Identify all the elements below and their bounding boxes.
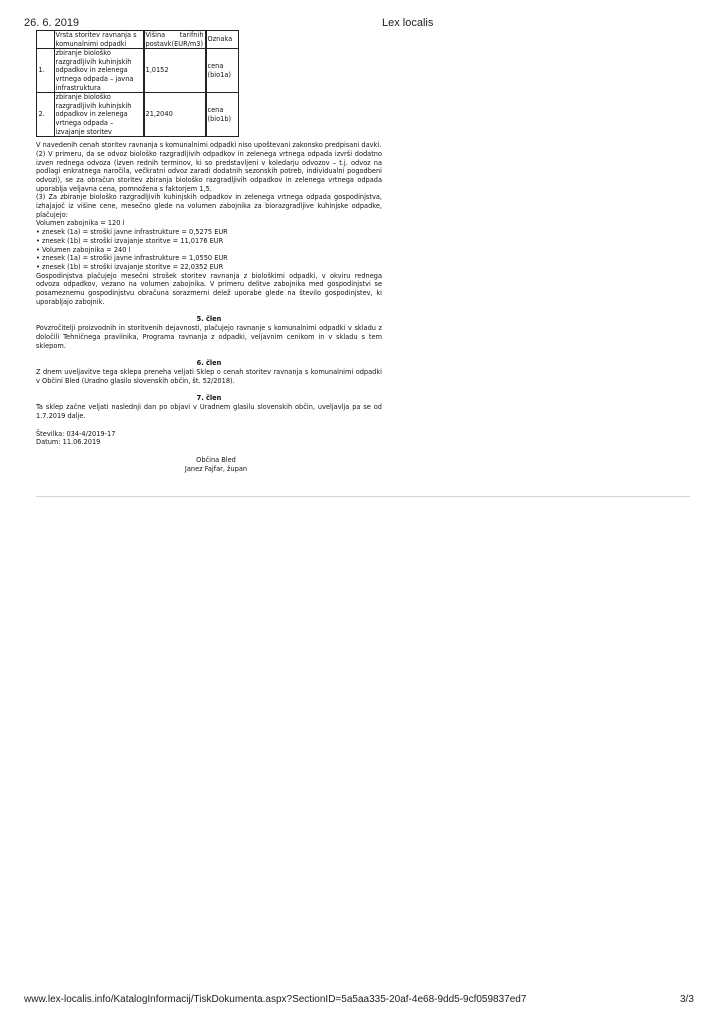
table-header-cell: Vrsta storitev ravnanja s komunalnimi od… <box>54 31 144 49</box>
page-number: 3/3 <box>680 994 694 1005</box>
paragraph-2: (2) V primeru, da se odvoz biološko razg… <box>36 150 382 194</box>
table-header-cell: Oznaka <box>206 31 239 49</box>
row-description: zbiranje biološko razgradljivih kuhinjsk… <box>54 93 144 137</box>
table-header-row: Vrsta storitev ravnanja s komunalnimi od… <box>36 31 238 49</box>
signature-block: Občina Bled Janez Fajfar, župan <box>156 456 276 473</box>
list-item: Volumen zabojnika = 240 l <box>36 246 382 255</box>
site-title: Lex localis <box>382 17 433 29</box>
row-label: cena (bio1a) <box>206 49 239 93</box>
paragraph-3: (3) Za zbiranje biološko razgradljivih k… <box>36 193 382 219</box>
paragraph-households: Gospodinjstva plačujejo mesečni strošek … <box>36 272 382 307</box>
article-6-title: 6. člen <box>36 359 382 368</box>
amount-list: znesek (1a) = stroški javne infrastruktu… <box>36 228 382 272</box>
row-description: zbiranje biološko razgradljivih kuhinjsk… <box>54 49 144 93</box>
signature-municipality: Občina Bled <box>156 456 276 465</box>
document-date: Datum: 11.06.2019 <box>36 438 382 447</box>
article-7-text: Ta sklep začne veljati naslednji dan po … <box>36 403 382 420</box>
list-item: znesek (1b) = stroški izvajanje storitve… <box>36 237 382 246</box>
document-body: Vrsta storitev ravnanja s komunalnimi od… <box>36 30 382 473</box>
footer-url: www.lex-localis.info/KatalogInformacij/T… <box>24 994 526 1005</box>
print-date: 26. 6. 2019 <box>24 17 79 29</box>
signature-name: Janez Fajfar, župan <box>156 465 276 474</box>
list-item: znesek (1a) = stroški javne infrastruktu… <box>36 254 382 263</box>
table-header-cell <box>36 31 54 49</box>
row-value: 1,0152 <box>144 49 206 93</box>
article-5-text: Povzročitelji proizvodnih in storitvenih… <box>36 324 382 350</box>
document-number: Številka: 034-4/2019-17 <box>36 430 382 439</box>
row-number: 1. <box>36 49 54 93</box>
list-item: znesek (1a) = stroški javne infrastruktu… <box>36 228 382 237</box>
article-6-text: Z dnem uveljavitve tega sklepa preneha v… <box>36 368 382 385</box>
table-row: 2. zbiranje biološko razgradljivih kuhin… <box>36 93 238 137</box>
row-number: 2. <box>36 93 54 137</box>
table-row: 1. zbiranje biološko razgradljivih kuhin… <box>36 49 238 93</box>
article-7-title: 7. člen <box>36 394 382 403</box>
row-label: cena (bio1b) <box>206 93 239 137</box>
list-item: znesek (1b) = stroški izvajanje storitve… <box>36 263 382 272</box>
divider <box>36 496 690 497</box>
paragraph-taxes: V navedenih cenah storitev ravnanja s ko… <box>36 141 382 150</box>
article-5-title: 5. člen <box>36 315 382 324</box>
volume-120: Volumen zabojnika = 120 l <box>36 219 382 228</box>
row-value: 21,2040 <box>144 93 206 137</box>
price-table: Vrsta storitev ravnanja s komunalnimi od… <box>36 30 239 137</box>
table-header-cell: Višina tarifnih postavk(EUR/m3) <box>144 31 206 49</box>
